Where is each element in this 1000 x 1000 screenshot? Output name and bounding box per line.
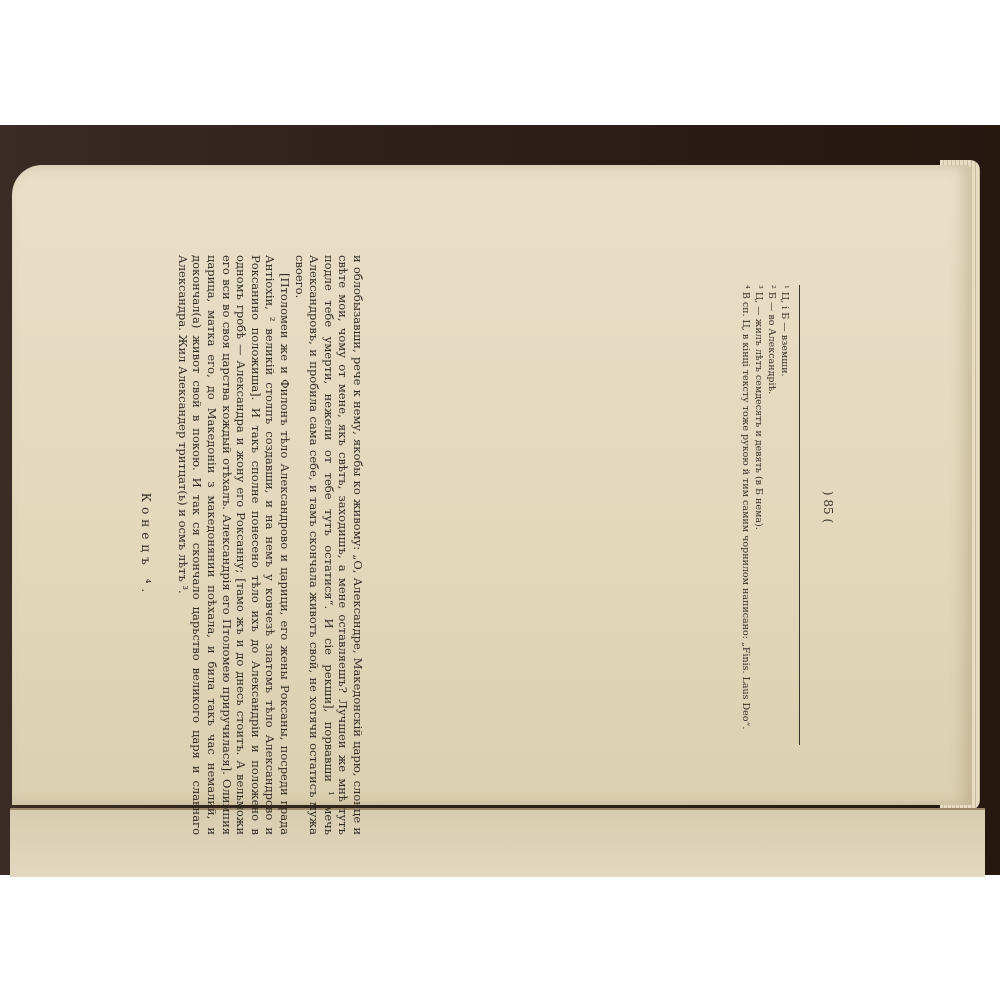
footnotes-block: ¹ Ц, і Б — вземши. ² Б — во Александріѣ.… bbox=[739, 285, 800, 745]
footnote-3: ³ Ц, — жилъ лѣтъ семдесятъ и девять (в Б… bbox=[752, 285, 765, 745]
footnote-1: ¹ Ц, і Б — вземши. bbox=[778, 285, 791, 745]
page-number: ) 85 ( bbox=[821, 491, 835, 523]
paragraph-1: и облобызавши, рече к нему, якобы ко жив… bbox=[292, 255, 365, 835]
footnote-4: ⁴ В сп. Ц, в кінці тексту тоже рукою й т… bbox=[739, 285, 752, 745]
main-text-block: и облобызавши, рече к нему, якобы ко жив… bbox=[139, 255, 365, 835]
footnote-divider bbox=[799, 285, 800, 745]
ending-heading: Конецъ ⁴. bbox=[139, 255, 153, 835]
footnote-2: ² Б — во Александріѣ. bbox=[765, 285, 778, 745]
paragraph-2: [Птоломеи же и Филонъ тѣло Александрово … bbox=[175, 255, 292, 835]
